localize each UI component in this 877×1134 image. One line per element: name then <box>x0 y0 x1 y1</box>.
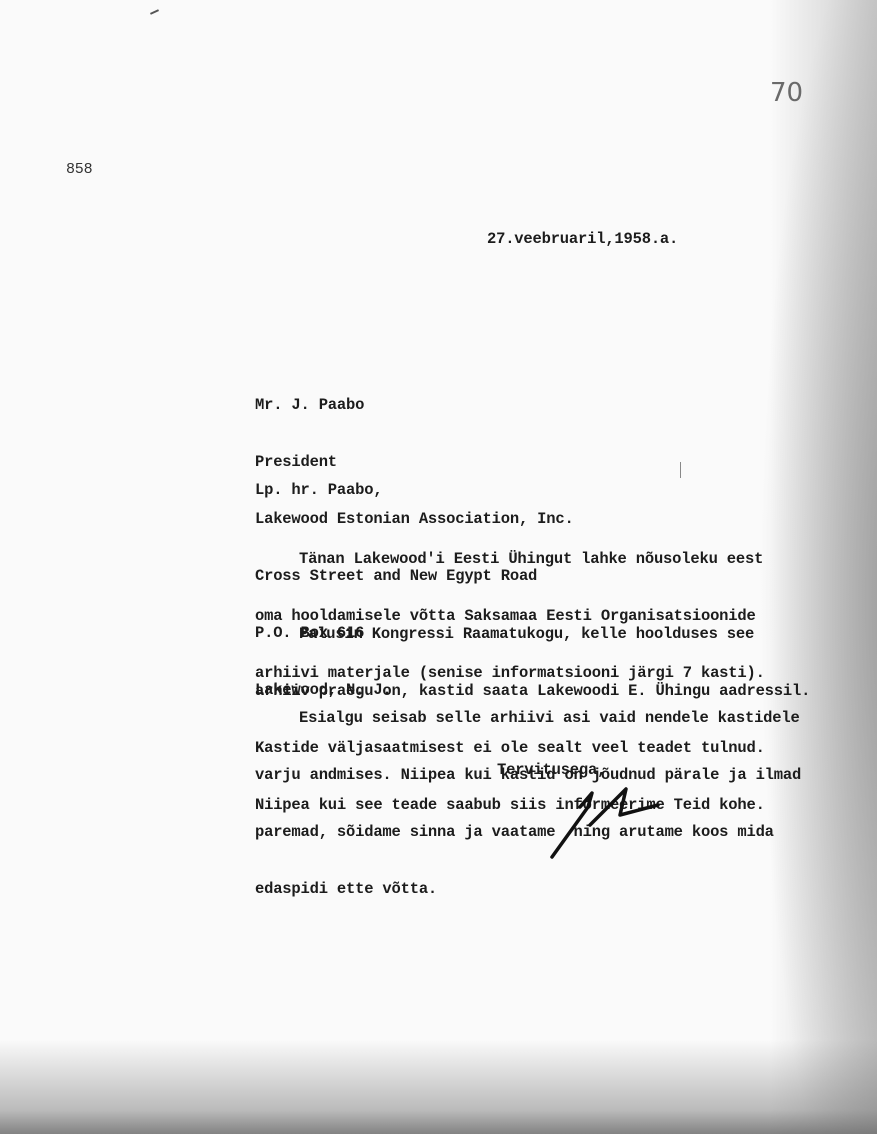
scan-mark <box>680 462 681 478</box>
signature-icon <box>540 785 670 865</box>
scan-mark <box>150 9 159 15</box>
addressee-title: President <box>255 453 574 472</box>
addressee-name: Mr. J. Paabo <box>255 396 574 415</box>
body-paragraph-3: Esialgu seisab selle arhiivi asi vaid ne… <box>255 671 801 937</box>
paragraph-line: Tänan Lakewood'i Eesti Ühingut lahke nõu… <box>255 550 765 569</box>
paragraph-line: edaspidi ette võtta. <box>255 880 801 899</box>
paragraph-line: Esialgu seisab selle arhiivi asi vaid ne… <box>255 709 801 728</box>
reference-number: 858 <box>66 160 92 179</box>
letter-date: 27.veebruaril,1958.a. <box>487 230 678 249</box>
scanned-letter-page: 70 858 27.veebruaril,1958.a. Mr. J. Paab… <box>0 0 877 1134</box>
salutation: Lp. hr. Paabo, <box>255 481 382 500</box>
handwritten-page-number: 70 <box>770 78 803 108</box>
paragraph-line: Palusin Kongressi Raamatukogu, kelle hoo… <box>255 625 810 644</box>
closing: Tervitusega, <box>497 761 606 780</box>
paragraph-line: paremad, sõidame sinna ja vaatame ning a… <box>255 823 801 842</box>
